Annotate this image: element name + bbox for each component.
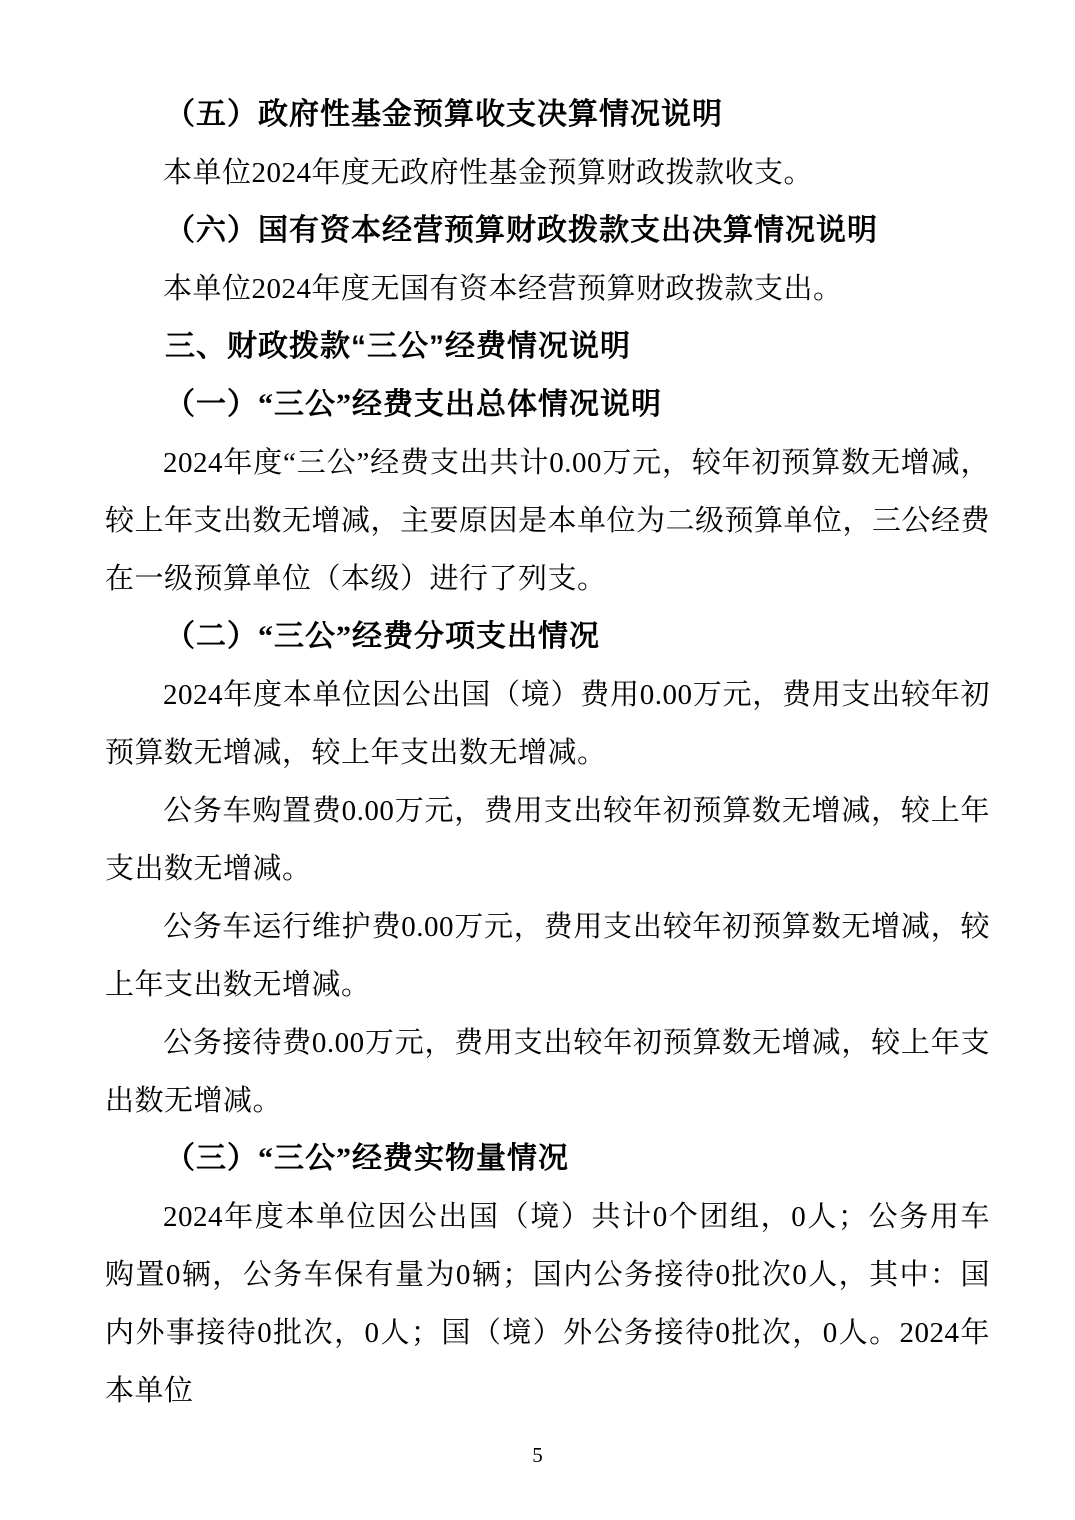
heading-three-public-physical: （三）“三公”经费实物量情况 [105,1130,990,1188]
heading-state-capital-budget: （六）国有资本经营预算财政拨款支出决算情况说明 [105,202,990,260]
document-body: （五）政府性基金预算收支决算情况说明 本单位2024年度无政府性基金预算财政拨款… [105,86,990,1420]
para-overseas-trip-expense: 2024年度本单位因公出国（境）费用0.00万元，费用支出较年初预算数无增减，较… [105,666,990,782]
heading-three-public-overview: （一）“三公”经费支出总体情况说明 [105,376,990,434]
para-gov-fund-budget: 本单位2024年度无政府性基金预算财政拨款收支。 [105,144,990,202]
heading-gov-fund-budget: （五）政府性基金预算收支决算情况说明 [105,86,990,144]
heading-three-public-itemized: （二）“三公”经费分项支出情况 [105,608,990,666]
page-number: 5 [0,1442,1075,1468]
heading-section-three-public: 三、财政拨款“三公”经费情况说明 [105,318,990,376]
para-state-capital-budget: 本单位2024年度无国有资本经营预算财政拨款支出。 [105,260,990,318]
document-page: （五）政府性基金预算收支决算情况说明 本单位2024年度无政府性基金预算财政拨款… [0,0,1075,1520]
para-vehicle-purchase-expense: 公务车购置费0.00万元，费用支出较年初预算数无增减，较上年支出数无增减。 [105,782,990,898]
para-three-public-overview: 2024年度“三公”经费支出共计0.00万元，较年初预算数无增减，较上年支出数无… [105,434,990,608]
para-three-public-physical: 2024年度本单位因公出国（境）共计0个团组，0人；公务用车购置0辆，公务车保有… [105,1188,990,1420]
para-vehicle-maintenance-expense: 公务车运行维护费0.00万元，费用支出较年初预算数无增减，较上年支出数无增减。 [105,898,990,1014]
para-official-reception-expense: 公务接待费0.00万元，费用支出较年初预算数无增减，较上年支出数无增减。 [105,1014,990,1130]
